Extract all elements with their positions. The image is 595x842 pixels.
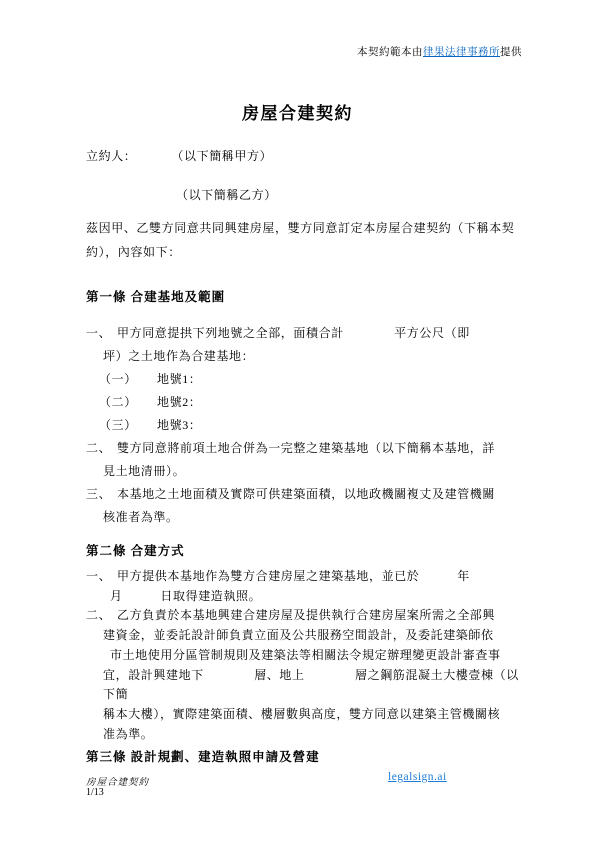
document-page: 本契約範本由律果法律事務所提供 房屋合建契約 立約人：（以下簡稱甲方） （以下簡…: [0, 0, 595, 842]
article-2-item-1-line-1: 一、甲方提供本基地作為雙方合建房屋之建築基地，並已於 年: [86, 567, 528, 587]
item-text: 甲方提供本基地作為雙方合建房屋之建築基地，並已於 年: [117, 569, 470, 583]
article-1-subitem-2: （二）地號2：: [86, 391, 528, 414]
item-text: 雙方同意將前項土地合併為一完整之建築基地（以下簡稱本基地，詳: [117, 441, 495, 455]
item-marker: 二、: [86, 606, 111, 626]
party-label: 立約人：: [86, 149, 136, 163]
item-text: 乙方負責於本基地興建合建房屋及提供執行合建房屋案所需之全部興: [117, 608, 495, 622]
article-1-item-1-line-2: 坪）之土地作為合建基地：: [86, 345, 528, 368]
item-text: 本基地之土地面積及實際可供建築面積，以地政機關複丈及建管機關: [117, 487, 495, 501]
header-note-prefix: 本契約範本由: [357, 47, 423, 58]
legalsign-link[interactable]: legalsign.ai: [388, 771, 447, 783]
article-1-heading: 第一條 合建基地及範圍: [86, 287, 225, 305]
article-2-item-2-line-6: 准為準。: [86, 725, 528, 745]
law-firm-link[interactable]: 律果法律事務所: [423, 47, 500, 58]
article-2-heading: 第二條 合建方式: [86, 541, 185, 559]
party-line-b: （以下簡稱乙方）: [176, 186, 277, 203]
header-note: 本契約範本由律果法律事務所提供: [357, 44, 522, 59]
article-2-item-2-line-3: 市土地使用分區管制規則及建築法等相關法令規定辦理變更設計審查事: [86, 646, 528, 666]
item-text: 甲方同意提拱下列地號之全部，面積合計 平方公尺（即: [117, 326, 470, 340]
subitem-text: 地號1：: [157, 372, 201, 386]
article-1-body: 一、甲方同意提拱下列地號之全部，面積合計 平方公尺（即 坪）之土地作為合建基地：…: [86, 322, 528, 529]
preamble-line-2: 約），內容如下：: [86, 241, 526, 265]
article-1-item-3-line-2: 核准者為準。: [86, 506, 528, 529]
party-a-ref: （以下簡稱甲方）: [177, 149, 272, 163]
article-2-item-2-line-2: 建資金，並委託設計師負責立面及公共服務空間設計，及委託建築師依: [86, 626, 528, 646]
article-2-item-2-line-5: 稱本大樓），實際建築面積、樓層數與高度，雙方同意以建築主管機關核: [86, 705, 528, 725]
header-note-suffix: 提供: [500, 47, 522, 58]
subitem-text: 地號3：: [157, 418, 201, 432]
subitem-marker: （一）: [99, 368, 137, 391]
subitem-marker: （三）: [99, 414, 137, 437]
preamble-line-1: 茲因甲、乙雙方同意共同興建房屋，雙方同意訂定本房屋合建契約（下稱本契: [86, 217, 526, 241]
subitem-text: 地號2：: [157, 395, 201, 409]
footer-doc-title: 房屋合建契約: [86, 774, 149, 788]
article-1-item-2-line-1: 二、雙方同意將前項土地合併為一完整之建築基地（以下簡稱本基地，詳: [86, 437, 528, 460]
subitem-marker: （二）: [99, 391, 137, 414]
item-marker: 一、: [86, 322, 111, 345]
article-2-body: 一、甲方提供本基地作為雙方合建房屋之建築基地，並已於 年 月 日取得建造執照。 …: [86, 567, 528, 744]
article-2-item-2-line-1: 二、乙方負責於本基地興建合建房屋及提供執行合建房屋案所需之全部興: [86, 606, 528, 626]
article-1-item-3-line-1: 三、本基地之土地面積及實際可供建築面積，以地政機關複丈及建管機關: [86, 483, 528, 506]
party-b-ref: （以下簡稱乙方）: [176, 188, 277, 202]
article-1-subitem-3: （三）地號3：: [86, 414, 528, 437]
party-line-a: 立約人：（以下簡稱甲方）: [86, 147, 272, 164]
article-2-item-2-line-4: 宜，設計興建地下 層、地上 層之鋼筋混凝土大樓壹棟（以下簡: [86, 666, 528, 705]
item-marker: 一、: [86, 567, 111, 587]
footer-page-number: 1/13: [86, 787, 104, 798]
item-marker: 二、: [86, 437, 111, 460]
document-title: 房屋合建契約: [0, 99, 595, 124]
article-3-heading: 第三條 設計規劃、建造執照申請及營建: [86, 747, 320, 765]
article-2-item-1-line-2: 月 日取得建造執照。: [86, 587, 528, 607]
article-1-item-1-line-1: 一、甲方同意提拱下列地號之全部，面積合計 平方公尺（即: [86, 322, 528, 345]
article-1-item-2-line-2: 見土地清冊）。: [86, 460, 528, 483]
preamble: 茲因甲、乙雙方同意共同興建房屋，雙方同意訂定本房屋合建契約（下稱本契 約），內容…: [86, 217, 526, 264]
item-marker: 三、: [86, 483, 111, 506]
article-1-subitem-1: （一）地號1：: [86, 368, 528, 391]
